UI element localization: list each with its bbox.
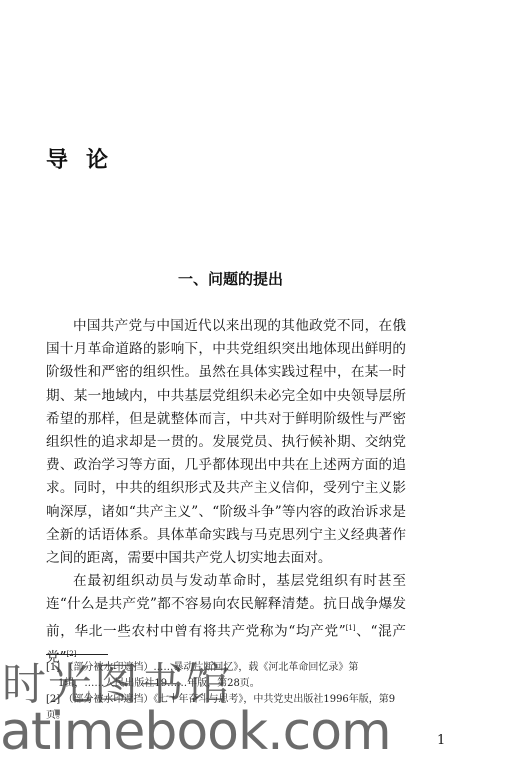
section-title: 一、问题的提出 bbox=[0, 268, 511, 289]
body-text: 中国共产党与中国近代以来出现的其他政党不同，在俄国十月革命道路的影响下，中共党组… bbox=[46, 315, 406, 670]
footnote-mark-1[interactable]: [1] bbox=[346, 624, 356, 632]
paragraph-1: 中国共产党与中国近代以来出现的其他政党不同，在俄国十月革命道路的影响下，中共党组… bbox=[46, 315, 406, 570]
page-number: 1 bbox=[437, 733, 445, 748]
watermark-url: atimebook.com bbox=[0, 702, 391, 762]
chapter-title: 导论 bbox=[46, 143, 126, 174]
